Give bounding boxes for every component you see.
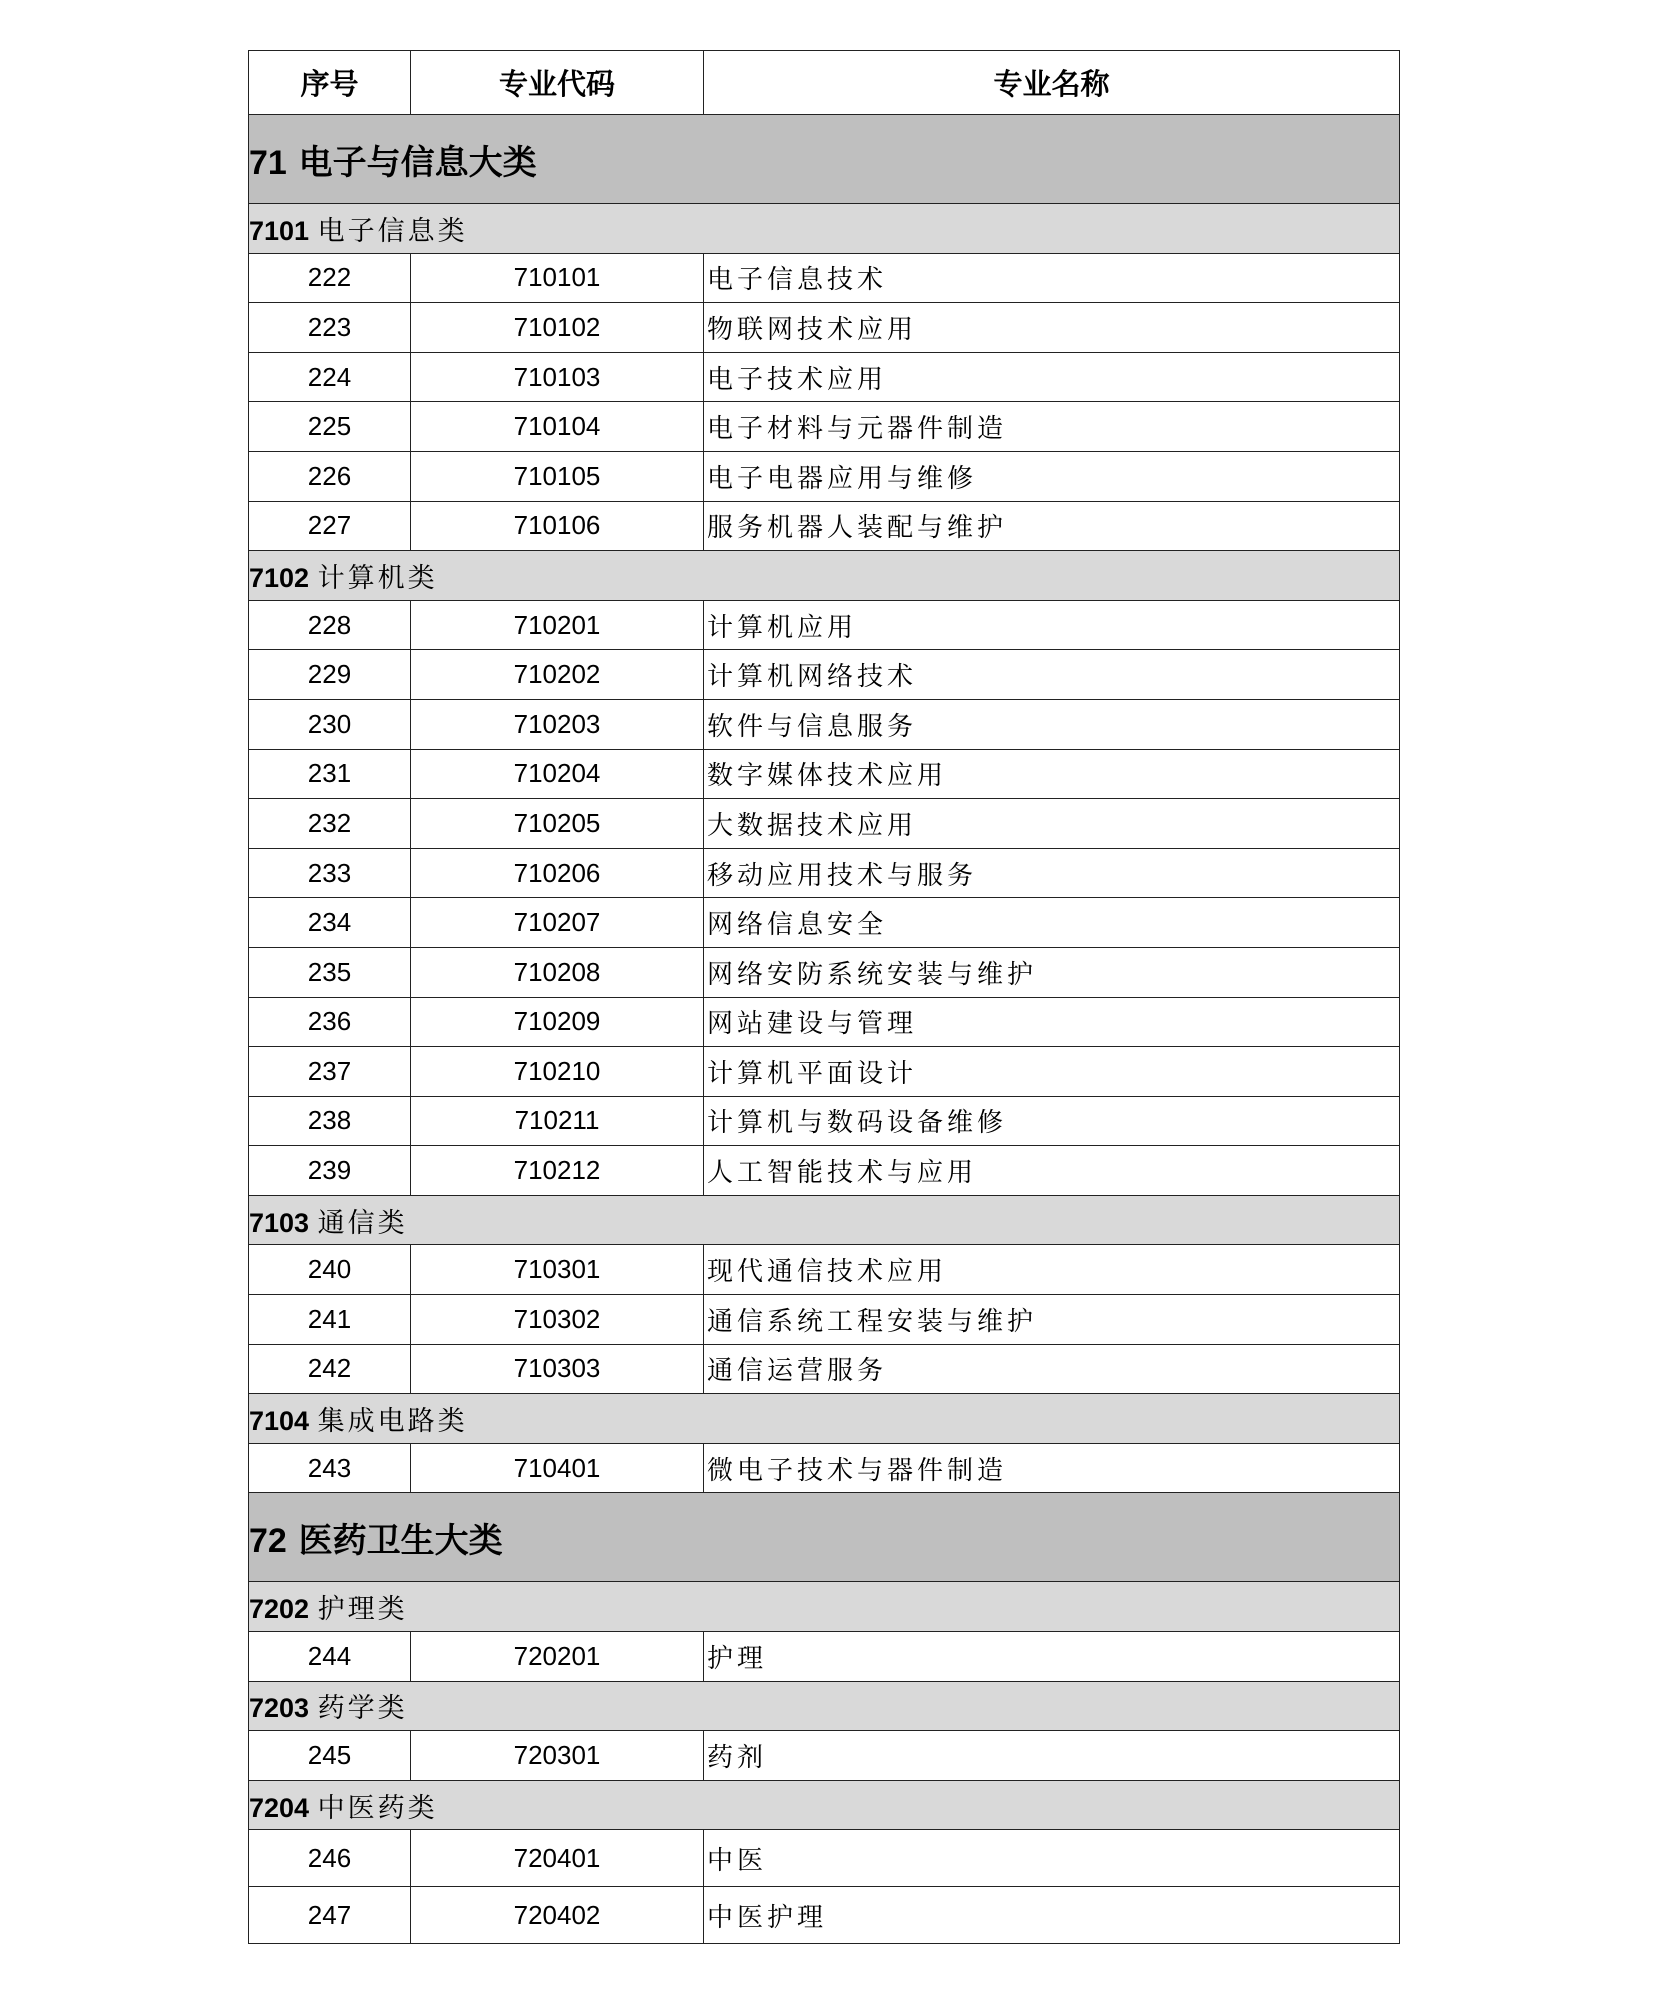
major-name-cell: 大数据技术应用 xyxy=(704,799,1400,849)
subcategory-name: 通信类 xyxy=(318,1208,408,1239)
subcategory-row: 7103 通信类 xyxy=(249,1195,1400,1245)
major-name-cell: 电子信息技术 xyxy=(704,253,1400,303)
major-name-cell: 现代通信技术应用 xyxy=(704,1245,1400,1295)
major-code-cell: 710103 xyxy=(411,352,704,402)
subcategory-code: 7101 xyxy=(249,216,309,246)
header-serial-number: 序号 xyxy=(249,51,411,115)
table-row: 247720402中医护理 xyxy=(249,1887,1400,1944)
major-name-cell: 电子材料与元器件制造 xyxy=(704,402,1400,452)
table-row: 227710106服务机器人装配与维护 xyxy=(249,501,1400,551)
subcategory-name: 中医药类 xyxy=(318,1793,438,1824)
major-name-cell: 电子技术应用 xyxy=(704,352,1400,402)
table-row: 224710103电子技术应用 xyxy=(249,352,1400,402)
serial-number-cell: 232 xyxy=(249,799,411,849)
major-code-cell: 710211 xyxy=(411,1096,704,1146)
major-code-cell: 720301 xyxy=(411,1731,704,1781)
major-code-cell: 710203 xyxy=(411,699,704,749)
subcategory-cell: 7101 电子信息类 xyxy=(249,204,1400,254)
major-category-row: 72 医药卫生大类 xyxy=(249,1493,1400,1582)
major-name-cell: 网络安防系统安装与维护 xyxy=(704,947,1400,997)
major-code-cell: 710206 xyxy=(411,848,704,898)
serial-number-cell: 229 xyxy=(249,650,411,700)
major-code-cell: 710208 xyxy=(411,947,704,997)
subcategory-cell: 7102 计算机类 xyxy=(249,551,1400,601)
table-row: 244720201护理 xyxy=(249,1632,1400,1682)
major-name-cell: 网络信息安全 xyxy=(704,898,1400,948)
major-name-cell: 服务机器人装配与维护 xyxy=(704,501,1400,551)
table-row: 236710209网站建设与管理 xyxy=(249,997,1400,1047)
table-row: 226710105电子电器应用与维修 xyxy=(249,451,1400,501)
major-code-cell: 710202 xyxy=(411,650,704,700)
major-category-row: 71 电子与信息大类 xyxy=(249,115,1400,204)
major-name-cell: 通信运营服务 xyxy=(704,1344,1400,1394)
header-row: 序号 专业代码 专业名称 xyxy=(249,51,1400,115)
serial-number-cell: 224 xyxy=(249,352,411,402)
subcategory-code: 7204 xyxy=(249,1793,309,1823)
table-row: 230710203软件与信息服务 xyxy=(249,699,1400,749)
major-code-cell: 710210 xyxy=(411,1047,704,1097)
table-row: 231710204数字媒体技术应用 xyxy=(249,749,1400,799)
major-category-code: 72 xyxy=(249,1522,287,1560)
table-row: 228710201计算机应用 xyxy=(249,600,1400,650)
serial-number-cell: 223 xyxy=(249,303,411,353)
major-name-cell: 药剂 xyxy=(704,1731,1400,1781)
major-name-cell: 计算机网络技术 xyxy=(704,650,1400,700)
subcategory-name: 计算机类 xyxy=(318,563,438,594)
table-row: 232710205大数据技术应用 xyxy=(249,799,1400,849)
serial-number-cell: 231 xyxy=(249,749,411,799)
major-name-cell: 计算机平面设计 xyxy=(704,1047,1400,1097)
major-code-cell: 720401 xyxy=(411,1830,704,1887)
major-name-cell: 人工智能技术与应用 xyxy=(704,1146,1400,1196)
serial-number-cell: 239 xyxy=(249,1146,411,1196)
subcategory-row: 7104 集成电路类 xyxy=(249,1394,1400,1444)
subcategory-code: 7203 xyxy=(249,1693,309,1723)
table-row: 238710211计算机与数码设备维修 xyxy=(249,1096,1400,1146)
table-row: 245720301药剂 xyxy=(249,1731,1400,1781)
serial-number-cell: 237 xyxy=(249,1047,411,1097)
serial-number-cell: 233 xyxy=(249,848,411,898)
subcategory-name: 护理类 xyxy=(318,1594,408,1625)
subcategory-row: 7101 电子信息类 xyxy=(249,204,1400,254)
serial-number-cell: 238 xyxy=(249,1096,411,1146)
major-code-cell: 710301 xyxy=(411,1245,704,1295)
header-major-name: 专业名称 xyxy=(704,51,1400,115)
table-row: 233710206移动应用技术与服务 xyxy=(249,848,1400,898)
table-row: 240710301现代通信技术应用 xyxy=(249,1245,1400,1295)
major-name-cell: 移动应用技术与服务 xyxy=(704,848,1400,898)
serial-number-cell: 241 xyxy=(249,1295,411,1345)
subcategory-name: 电子信息类 xyxy=(318,216,468,247)
major-name-cell: 数字媒体技术应用 xyxy=(704,749,1400,799)
subcategory-cell: 7203 药学类 xyxy=(249,1681,1400,1731)
major-code-cell: 710207 xyxy=(411,898,704,948)
table-row: 222710101电子信息技术 xyxy=(249,253,1400,303)
major-code-cell: 720402 xyxy=(411,1887,704,1944)
subcategory-cell: 7103 通信类 xyxy=(249,1195,1400,1245)
major-code-cell: 710303 xyxy=(411,1344,704,1394)
table-row: 243710401微电子技术与器件制造 xyxy=(249,1443,1400,1493)
subcategory-code: 7202 xyxy=(249,1594,309,1624)
table-row: 239710212人工智能技术与应用 xyxy=(249,1146,1400,1196)
major-code-cell: 710201 xyxy=(411,600,704,650)
major-name-cell: 通信系统工程安装与维护 xyxy=(704,1295,1400,1345)
major-code-cell: 710212 xyxy=(411,1146,704,1196)
major-category-code: 71 xyxy=(249,144,287,182)
subcategory-cell: 7204 中医药类 xyxy=(249,1780,1400,1830)
subcategory-row: 7202 护理类 xyxy=(249,1582,1400,1632)
subcategory-cell: 7202 护理类 xyxy=(249,1582,1400,1632)
major-name-cell: 计算机应用 xyxy=(704,600,1400,650)
subcategory-cell: 7104 集成电路类 xyxy=(249,1394,1400,1444)
subcategory-name: 药学类 xyxy=(318,1693,408,1724)
major-name-cell: 电子电器应用与维修 xyxy=(704,451,1400,501)
subcategory-row: 7203 药学类 xyxy=(249,1681,1400,1731)
table-row: 234710207网络信息安全 xyxy=(249,898,1400,948)
serial-number-cell: 244 xyxy=(249,1632,411,1682)
subcategory-name: 集成电路类 xyxy=(318,1406,468,1437)
serial-number-cell: 247 xyxy=(249,1887,411,1944)
major-code-cell: 710104 xyxy=(411,402,704,452)
major-code-cell: 710302 xyxy=(411,1295,704,1345)
major-name-cell: 中医护理 xyxy=(704,1887,1400,1944)
major-category-cell: 71 电子与信息大类 xyxy=(249,115,1400,204)
table-row: 237710210计算机平面设计 xyxy=(249,1047,1400,1097)
major-name-cell: 物联网技术应用 xyxy=(704,303,1400,353)
serial-number-cell: 235 xyxy=(249,947,411,997)
serial-number-cell: 228 xyxy=(249,600,411,650)
major-name-cell: 护理 xyxy=(704,1632,1400,1682)
major-code-cell: 710102 xyxy=(411,303,704,353)
subcategory-row: 7204 中医药类 xyxy=(249,1780,1400,1830)
header-major-code: 专业代码 xyxy=(411,51,704,115)
serial-number-cell: 222 xyxy=(249,253,411,303)
major-code-cell: 710204 xyxy=(411,749,704,799)
table-row: 225710104电子材料与元器件制造 xyxy=(249,402,1400,452)
serial-number-cell: 246 xyxy=(249,1830,411,1887)
subcategory-code: 7102 xyxy=(249,563,309,593)
major-category-cell: 72 医药卫生大类 xyxy=(249,1493,1400,1582)
major-category-name: 电子与信息大类 xyxy=(299,143,537,183)
serial-number-cell: 242 xyxy=(249,1344,411,1394)
major-name-cell: 软件与信息服务 xyxy=(704,699,1400,749)
serial-number-cell: 226 xyxy=(249,451,411,501)
major-catalog-table: 序号 专业代码 专业名称 71 电子与信息大类7101 电子信息类2227101… xyxy=(248,50,1400,1944)
major-code-cell: 710209 xyxy=(411,997,704,1047)
serial-number-cell: 230 xyxy=(249,699,411,749)
table-row: 235710208网络安防系统安装与维护 xyxy=(249,947,1400,997)
table-row: 229710202计算机网络技术 xyxy=(249,650,1400,700)
major-code-cell: 720201 xyxy=(411,1632,704,1682)
major-category-name: 医药卫生大类 xyxy=(299,1521,503,1561)
major-code-cell: 710401 xyxy=(411,1443,704,1493)
serial-number-cell: 234 xyxy=(249,898,411,948)
subcategory-code: 7104 xyxy=(249,1406,309,1436)
major-code-cell: 710105 xyxy=(411,451,704,501)
serial-number-cell: 243 xyxy=(249,1443,411,1493)
major-code-cell: 710106 xyxy=(411,501,704,551)
table-row: 223710102物联网技术应用 xyxy=(249,303,1400,353)
subcategory-code: 7103 xyxy=(249,1208,309,1238)
major-code-cell: 710205 xyxy=(411,799,704,849)
major-name-cell: 计算机与数码设备维修 xyxy=(704,1096,1400,1146)
major-code-cell: 710101 xyxy=(411,253,704,303)
serial-number-cell: 245 xyxy=(249,1731,411,1781)
major-name-cell: 微电子技术与器件制造 xyxy=(704,1443,1400,1493)
table-row: 242710303通信运营服务 xyxy=(249,1344,1400,1394)
serial-number-cell: 225 xyxy=(249,402,411,452)
subcategory-row: 7102 计算机类 xyxy=(249,551,1400,601)
serial-number-cell: 236 xyxy=(249,997,411,1047)
major-name-cell: 网站建设与管理 xyxy=(704,997,1400,1047)
serial-number-cell: 227 xyxy=(249,501,411,551)
serial-number-cell: 240 xyxy=(249,1245,411,1295)
table-row: 241710302通信系统工程安装与维护 xyxy=(249,1295,1400,1345)
major-name-cell: 中医 xyxy=(704,1830,1400,1887)
table-row: 246720401中医 xyxy=(249,1830,1400,1887)
